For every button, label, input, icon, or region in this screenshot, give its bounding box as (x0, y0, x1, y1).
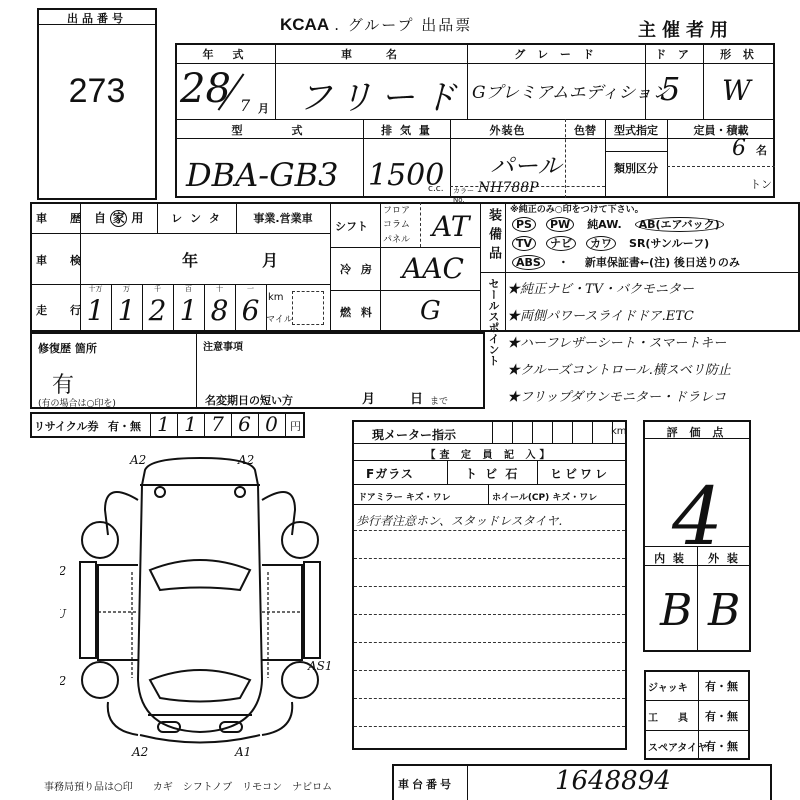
interior-score: B (660, 585, 692, 636)
diagram-mark: U (60, 607, 67, 621)
equipment-item[interactable]: 純AW. (584, 218, 624, 231)
car-damage-diagram: A2 A2 XU2 U A2 AS1 A2 A1 (60, 440, 340, 760)
diagram-mark: XU2 (60, 564, 66, 578)
sales-point: ★純正ナビ・TV・バクモニター (507, 278, 694, 297)
interior-label: 内 装 (643, 550, 697, 566)
repair-value: 有 (52, 368, 74, 399)
shape-value: W (722, 74, 751, 107)
accessory-label: スペアタイヤ (648, 739, 707, 754)
meter-digit-cell[interactable] (512, 420, 513, 443)
history-label: 車 歴 (36, 210, 87, 226)
shape-label: 形 状 (703, 46, 775, 62)
diagram-mark: A1 (234, 745, 251, 759)
name-change-until: まで (430, 394, 448, 407)
month-unit: 月 (258, 100, 269, 116)
meter-digit-cell[interactable] (552, 420, 553, 443)
equipment-row: PSPW純AW.AB(エアバック) (512, 216, 734, 232)
inspection-label: 車 検 (36, 252, 87, 268)
meter-digit-cell[interactable] (492, 420, 493, 443)
mileage-digit-header: 十 (204, 284, 235, 294)
color-value: パール (490, 146, 562, 181)
use-private[interactable]: 自 家 用 (94, 209, 143, 227)
capacity-unit: 名 (756, 142, 767, 158)
shift-label: シフト (335, 218, 368, 234)
repair-label: 修復歴 箇所 (38, 340, 97, 356)
equipment-item[interactable]: ABS (512, 255, 545, 270)
fuel-label: 燃 料 (340, 304, 375, 320)
mirror-label[interactable]: ドアミラー キズ・ワレ (358, 490, 451, 503)
fuel-value: G (420, 296, 441, 326)
diagram-mark: A2 (131, 745, 148, 759)
recycle-options[interactable]: 有・無 (108, 418, 141, 434)
mileage-digit-header: 百 (173, 284, 204, 294)
accessory-value[interactable]: 有・無 (705, 738, 738, 754)
fglass-label: Fガラス (366, 465, 414, 482)
equipment-row: ABS・新車保証書←(注) 後日送りのみ (512, 254, 753, 270)
diagram-mark: A2 (60, 674, 66, 688)
name-change-day: 日 (410, 388, 423, 407)
mileage-digit: 1 (111, 294, 142, 327)
model-value: DBA-GB3 (186, 156, 339, 194)
exterior-label: 外 装 (697, 550, 751, 566)
inspector-note: 歩行者注意ホン、スタッドレスタイヤ. (356, 512, 562, 529)
mileage-unit-km: km (268, 292, 284, 303)
shift-option-column: コラム (383, 217, 410, 230)
lot-number-label: 出品番号 (37, 10, 157, 26)
wheel-label[interactable]: ホイール(CP) キズ・ワレ (492, 490, 597, 503)
mile-checkbox[interactable] (292, 291, 324, 325)
accessory-value[interactable]: 有・無 (705, 708, 738, 724)
mileage-digit: 2 (142, 294, 173, 327)
meter-label: 現メーター指示 (372, 426, 456, 443)
equipment-item[interactable]: TV (512, 236, 536, 251)
displacement-unit: c.c. (428, 184, 444, 194)
repair-note: (有の場合は○印を) (38, 396, 116, 409)
chassis-label: 車台番号 (398, 776, 454, 792)
copy-type: 主催者用 (638, 16, 734, 42)
model-label: 型 式 (175, 122, 363, 138)
equipment-item[interactable]: SR(サンルーフ) (626, 237, 712, 250)
equipment-item[interactable]: PS (512, 217, 536, 232)
equipment-item[interactable]: PW (546, 217, 574, 232)
year-label: 年 式 (175, 46, 275, 62)
mileage-digit: 8 (204, 294, 235, 327)
exterior-score: B (708, 585, 740, 636)
ac-label: 冷 房 (340, 261, 375, 277)
equipment-row: TVナビカワSR(サンルーフ) (512, 235, 722, 251)
name-label: 車 名 (275, 46, 467, 62)
doors-value: 5 (660, 70, 680, 108)
car-name: フリード (298, 70, 465, 119)
equipment-note: ※純正のみ○印をつけて下さい。 (510, 202, 644, 215)
load-unit: トン (750, 176, 772, 192)
brand-logo: KCAA (280, 15, 329, 34)
shift-option-panel: パネル (383, 232, 410, 245)
equipment-label: 装備品 (484, 208, 503, 265)
equipment-item[interactable]: AB(エアバック) (635, 217, 724, 232)
ac-value: AAC (402, 252, 464, 285)
equipment-item[interactable]: ・ (555, 256, 572, 269)
accessory-value[interactable]: 有・無 (705, 678, 738, 694)
caution-label: 注意事項 (203, 338, 243, 353)
mileage-digit-header: 一 (235, 284, 266, 294)
sales-point: ★クルーズコントロール.横スベリ防止 (507, 359, 731, 378)
diagram-mark: A2 (237, 453, 254, 467)
sales-point: ★フリップダウンモニター・ドラレコ (507, 386, 726, 405)
mileage-digit: 1 (173, 294, 204, 327)
inspection-month-unit: 月 (262, 248, 278, 271)
mileage-unit-mile: マイル (266, 312, 293, 325)
recycle-digit: 1 (150, 412, 177, 436)
recycle-unit: 円 (290, 418, 301, 434)
capacity-label: 定員・積載 (667, 122, 775, 138)
capacity-value: 6 (732, 136, 746, 161)
mileage-digit-header: 十万 (80, 284, 111, 294)
shift-option-floor: フロア (383, 203, 410, 216)
header-title: KCAA . グループ 出品票 (280, 14, 472, 35)
meter-digit-cell[interactable] (572, 420, 573, 443)
meter-digit-cell[interactable] (532, 420, 533, 443)
accessory-label: ジャッキ (648, 679, 688, 694)
chassis-number: 1648894 (555, 766, 671, 796)
sales-points-label: セールスポイント (485, 278, 501, 366)
year-value: 28 (180, 66, 231, 112)
mileage-digit-header: 万 (111, 284, 142, 294)
accessory-label: 工 具 (648, 709, 688, 724)
equipment-item[interactable]: カワ (586, 236, 616, 251)
mileage-digit: 6 (235, 294, 266, 327)
recycle-digit: 7 (204, 412, 231, 436)
form-title: . グループ 出品票 (334, 16, 472, 34)
displacement-label: 排 気 量 (363, 122, 450, 138)
inspector-label: 【査 定 員 記 入】 (352, 446, 627, 461)
sales-point: ★両側パワースライドドア.ETC (507, 305, 694, 324)
meter-unit: km (611, 426, 627, 437)
color-no-value: NH788P (478, 180, 539, 196)
business-label[interactable]: 事業.営業車 (236, 210, 330, 226)
shift-value: AT (432, 210, 469, 243)
grade-label: グ レ ー ド (467, 46, 645, 62)
office-items: 事務局預り品は○印 カギ シフトノブ リモコン ナビロム (44, 778, 332, 793)
inspection-year-unit: 年 (182, 248, 198, 271)
month-value: 7 (240, 96, 250, 115)
category-label: 類別区分 (605, 160, 667, 176)
grade-value: Gプレミアムエディション (472, 78, 669, 103)
meter-digit-cell[interactable] (592, 420, 593, 443)
diagram-mark: AS1 (307, 659, 333, 673)
equipment-item[interactable]: ナビ (546, 236, 576, 251)
mileage-digit: 1 (80, 294, 111, 327)
name-change-month: 月 (362, 388, 375, 407)
fglass-chip[interactable]: ト ビ 石 (465, 465, 519, 482)
color-change-label: 色替 (565, 122, 605, 138)
rental-label[interactable]: レ ン タ (157, 210, 236, 226)
fglass-crack[interactable]: ヒビワレ (550, 465, 610, 482)
type-designation-label: 型式指定 (605, 122, 667, 138)
name-change-label: 名変期日の短い方 (205, 392, 293, 408)
recycle-digit: 1 (177, 412, 204, 436)
recycle-digit: 0 (258, 412, 285, 436)
recycle-digit: 6 (231, 412, 258, 436)
equipment-item[interactable]: 新車保証書←(注) 後日送りのみ (582, 256, 743, 269)
color-label: 外装色 (450, 122, 565, 138)
sales-point: ★ハーフレザーシート・スマートキー (507, 332, 726, 351)
doors-label: ド ア (645, 46, 703, 62)
lot-number: 273 (37, 72, 157, 111)
recycle-label: リサイクル券 (34, 418, 98, 434)
diagram-mark: A2 (129, 453, 146, 467)
mileage-digit-header: 千 (142, 284, 173, 294)
